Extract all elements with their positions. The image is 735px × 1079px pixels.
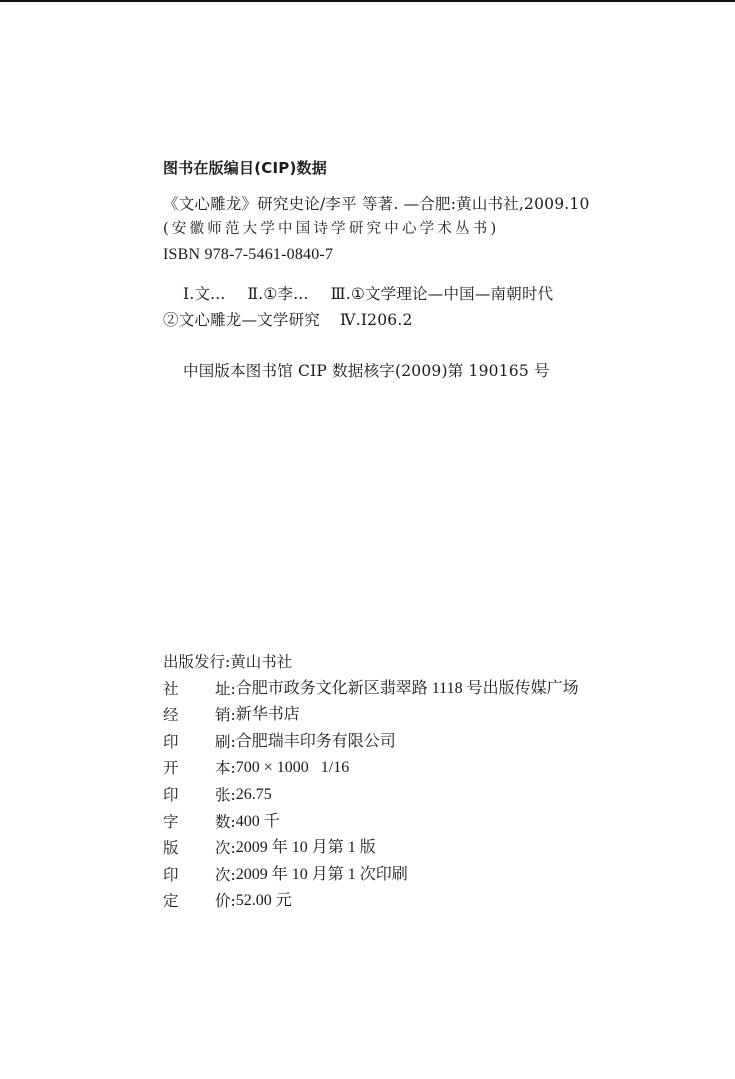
colophon-value: 2009 年 10 月第 1 次印刷 [236, 862, 408, 889]
cip-classification-line-2: ②文心雕龙—文学研究Ⅳ.I206.2 [163, 310, 413, 330]
colophon-label-char-2: 址 [215, 676, 231, 703]
colophon-label-char-2: 价 [215, 888, 231, 915]
classification-part-1: Ⅰ.文... [183, 285, 226, 303]
colophon-row-printing: 印次:2009 年 10 月第 1 次印刷 [163, 862, 579, 889]
colophon-label-char-2: 刷 [215, 729, 231, 756]
colophon-row-publisher: 出版发行:黄山书社 [163, 649, 579, 676]
colophon-label-char-1: 印 [163, 862, 215, 889]
classification-part-5: Ⅳ.I206.2 [340, 311, 413, 329]
colophon-label-char-1: 经 [163, 702, 215, 729]
colophon-label-char-1: 定 [163, 888, 215, 915]
colophon-value: 700 × 1000 1/16 [236, 755, 349, 782]
colophon-label-char-2: 销 [215, 702, 231, 729]
cip-title-author-line: 《文心雕龙》研究史论/李平 等著. —合肥:黄山书社,2009.10 [163, 194, 590, 214]
colophon-label-char-2: 次 [215, 862, 231, 889]
colophon-row-address: 社址:合肥市政务文化新区翡翠路 1118 号出版传媒广场 [163, 676, 579, 703]
colophon-row-word-count: 字数:400 千 [163, 809, 579, 836]
colophon-value: 合肥市政务文化新区翡翠路 1118 号出版传媒广场 [236, 676, 579, 703]
colophon-label-char-2: 数 [215, 809, 231, 836]
colophon-label-char-1: 开 [163, 755, 215, 782]
colophon-row-distributor: 经销:新华书店 [163, 702, 579, 729]
colophon: 出版发行:黄山书社 社址:合肥市政务文化新区翡翠路 1118 号出版传媒广场 经… [163, 649, 579, 915]
colophon-label-char-1: 印 [163, 729, 215, 756]
colophon-value: 新华书店 [236, 702, 300, 729]
classification-part-2: Ⅱ.①李... [248, 285, 309, 303]
colophon-value: 合肥瑞丰印务有限公司 [236, 729, 396, 756]
colophon-value: 400 千 [236, 809, 280, 836]
colophon-value: 26.75 [236, 782, 272, 809]
colophon-label-char-1: 社 [163, 676, 215, 703]
colophon-label-char-1: 版 [163, 835, 215, 862]
cip-series-line: (安徽师范大学中国诗学研究中心学术丛书) [163, 219, 499, 239]
copyright-page: 图书在版编目(CIP)数据 《文心雕龙》研究史论/李平 等著. —合肥:黄山书社… [0, 0, 735, 1079]
colophon-row-format: 开本:700 × 1000 1/16 [163, 755, 579, 782]
colophon-value: 52.00 元 [236, 888, 292, 915]
cip-approval-notice: 中国版本图书馆 CIP 数据核字(2009)第 190165 号 [183, 361, 550, 381]
cip-heading: 图书在版编目(CIP)数据 [163, 158, 327, 178]
colophon-label-char-1: 字 [163, 809, 215, 836]
classification-part-3: Ⅲ.①文学理论—中国—南朝时代 [331, 285, 554, 303]
cip-isbn: ISBN 978-7-5461-0840-7 [163, 245, 333, 265]
colophon-row-sheets: 印张:26.75 [163, 782, 579, 809]
colophon-label-char-1: 印 [163, 782, 215, 809]
colophon-value: 黄山书社 [230, 653, 292, 671]
colophon-label-char-2: 本 [215, 755, 231, 782]
colophon-label-char-2: 次 [215, 835, 231, 862]
colophon-row-printer: 印刷:合肥瑞丰印务有限公司 [163, 729, 579, 756]
colophon-label: 出版发行 [163, 653, 225, 671]
cip-classification-line-1: Ⅰ.文...Ⅱ.①李...Ⅲ.①文学理论—中国—南朝时代 [183, 284, 553, 304]
colophon-value: 2009 年 10 月第 1 版 [236, 835, 376, 862]
classification-part-4: ②文心雕龙—文学研究 [163, 311, 320, 329]
colophon-row-edition: 版次:2009 年 10 月第 1 版 [163, 835, 579, 862]
colophon-label-char-2: 张 [215, 782, 231, 809]
colophon-row-price: 定价:52.00 元 [163, 888, 579, 915]
